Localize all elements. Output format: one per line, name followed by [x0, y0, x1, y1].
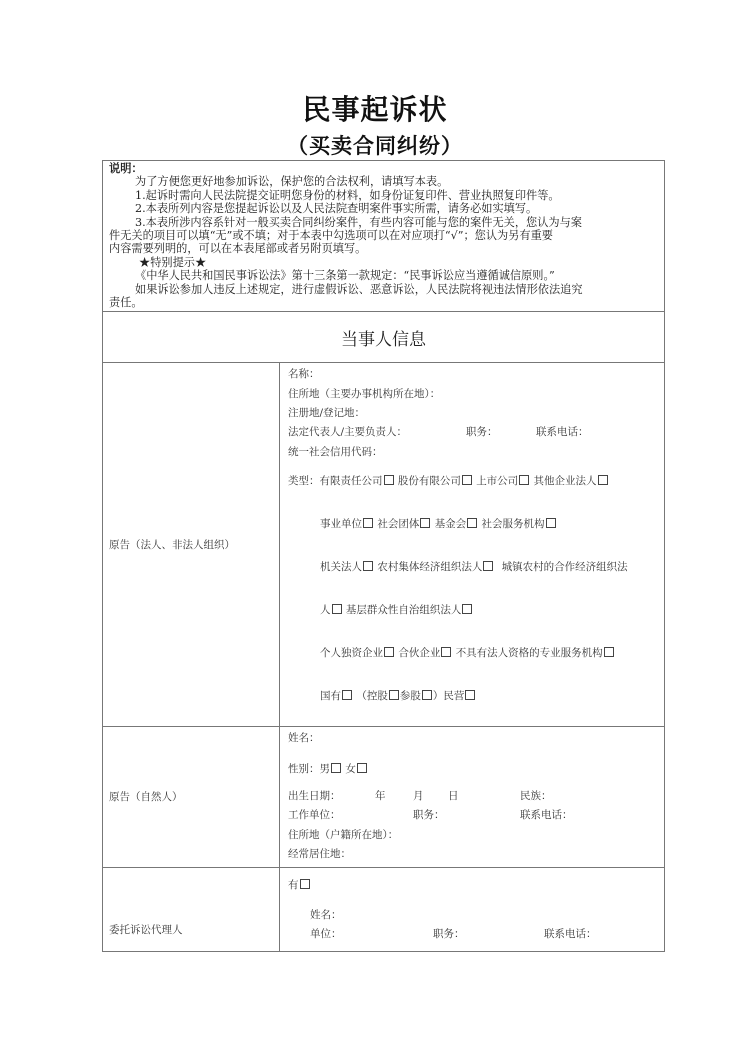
org-type-row-4: 人 基层群众性自治组织法人 [288, 597, 664, 640]
checkbox-listed[interactable] [519, 475, 529, 485]
document-title: 民事起诉状 [0, 88, 750, 128]
checkbox-public-institution[interactable] [363, 518, 373, 528]
document-subtitle: （买卖合同纠纷） [0, 130, 750, 160]
checkbox-professional-service[interactable] [604, 647, 614, 657]
agent-unit-label[interactable]: 单位： [288, 928, 342, 940]
type-partnership: 合伙企业 [398, 647, 440, 659]
checkbox-rural-collective[interactable] [483, 561, 493, 571]
agent-unit-line: 单位： 职务： 联系电话： [288, 925, 664, 944]
notes-item-3-line-3: 内容需要列明的，可以在本表尾部或者另附页填写。 [109, 242, 660, 255]
checkbox-minority[interactable] [422, 690, 432, 700]
notes-cell: 说明： 为了方便您更好地参加诉讼，保护您的合法权利，请填写本表。 1.起诉时需向… [103, 161, 665, 312]
checkbox-cooperative[interactable] [332, 604, 342, 614]
type-foundation: 基金会 [435, 518, 467, 530]
birth-label[interactable]: 出生日期： [288, 790, 341, 802]
legal-rep-line: 法定代表人/主要负责人： 职务： 联系电话： [288, 423, 664, 442]
notes-item-3-line-1: 3.本表所涉内容系针对一般买卖合同纠纷案件，有些内容可能与您的案件无关，您认为与… [109, 216, 660, 229]
type-grassroots-autonomous: 基层群众性自治组织法人 [346, 604, 462, 616]
ownership-private: ）民营 [433, 690, 465, 702]
agent-name-label: 姓名： [310, 909, 342, 921]
plaintiff-natural-label: 原告（自然人） [103, 726, 280, 867]
warning-line-1: 如果诉讼参加人违反上述规定，进行虚假诉讼、恶意诉讼，人民法院将视违法情形依法追究 [109, 283, 660, 296]
plaintiff-legal-row: 原告（法人、非法人组织） 名称： 住所地（主要办事机构所在地）： 注册地/登记地… [103, 363, 665, 726]
credit-code-label: 统一社会信用代码： [288, 446, 383, 458]
legal-rep-position-label[interactable]: 职务： [466, 423, 498, 442]
household-domicile-label: 住所地（户籍所在地）： [288, 829, 398, 841]
type-cooperative-cont: 人 [320, 604, 331, 616]
type-social-group: 社会团体 [377, 518, 419, 530]
birth-line: 出生日期： 年 月 日 民族： [288, 787, 664, 806]
habitual-residence-label: 经常居住地： [288, 848, 351, 860]
org-name-field[interactable]: 名称： [288, 365, 664, 384]
checkbox-grassroots-autonomous[interactable] [462, 604, 472, 614]
type-government-organ: 机关法人 [320, 561, 362, 573]
gender-male-label: 男 [320, 763, 331, 775]
complaint-form-table: 说明： 为了方便您更好地参加诉讼，保护您的合法权利，请填写本表。 1.起诉时需向… [102, 160, 665, 952]
plaintiff-legal-fields: 名称： 住所地（主要办事机构所在地）： 注册地/登记地： 法定代表人/主要负责人… [280, 363, 665, 726]
type-public-institution: 事业单位 [320, 518, 362, 530]
birth-month-label: 月 [413, 787, 424, 806]
notes-item-1: 1.起诉时需向人民法院提交证明您身份的材料，如身份证复印件、营业执照复印件等。 [109, 189, 660, 202]
employer-line: 工作单位： 职务： 联系电话： [288, 806, 664, 825]
checkbox-llc[interactable] [384, 475, 394, 485]
birth-year-label: 年 [375, 787, 386, 806]
checkbox-controlling[interactable] [389, 690, 399, 700]
org-domicile-label: 住所地（主要办事机构所在地）： [288, 388, 440, 400]
person-name-label: 姓名： [288, 732, 320, 744]
type-rural-collective: 农村集体经济组织法人 [377, 561, 482, 573]
agent-name-field[interactable]: 姓名： [288, 906, 664, 925]
type-other-enterprise: 其他企业法人 [534, 475, 597, 487]
agent-phone-label[interactable]: 联系电话： [544, 925, 597, 944]
type-social-service: 社会服务机构 [482, 518, 545, 530]
household-domicile-field[interactable]: 住所地（户籍所在地）： [288, 826, 664, 845]
agent-fields: 有 姓名： 单位： 职务： 联系电话： [280, 867, 665, 951]
notes-header: 说明： [109, 162, 660, 175]
org-type-label: 类型： [288, 475, 320, 487]
ownership-state: 国有 [320, 690, 341, 702]
checkbox-social-service[interactable] [546, 518, 556, 528]
agent-has-label: 有 [288, 879, 299, 891]
checkbox-private[interactable] [465, 690, 475, 700]
org-type-row-1: 类型：有限责任公司 股份有限公司 上市公司 其他企业法人 [288, 468, 664, 511]
employer-label[interactable]: 工作单位： [288, 809, 341, 821]
type-llc: 有限责任公司 [320, 475, 383, 487]
special-notice-header: ★特别提示★ [109, 256, 660, 269]
credit-code-field[interactable]: 统一社会信用代码： [288, 443, 664, 462]
checkbox-agent-has[interactable] [300, 879, 310, 889]
plaintiff-legal-label: 原告（法人、非法人组织） [103, 363, 280, 726]
org-type-row-2: 事业单位 社会团体 基金会 社会服务机构 [288, 511, 664, 554]
checkbox-joint-stock[interactable] [462, 475, 472, 485]
gender-line: 性别：男 女 [288, 753, 664, 785]
checkbox-other-enterprise[interactable] [598, 475, 608, 485]
gender-female-label: 女 [345, 763, 356, 775]
org-type-row-5: 个人独资企业 合伙企业 不具有法人资格的专业服务机构 [288, 640, 664, 683]
habitual-residence-field[interactable]: 经常居住地： [288, 845, 664, 864]
agent-position-label[interactable]: 职务： [433, 925, 465, 944]
type-listed: 上市公司 [476, 475, 518, 487]
checkbox-male[interactable] [331, 763, 341, 773]
plaintiff-natural-row: 原告（自然人） 姓名： 性别：男 女 出生日期： 年 月 日 民族： 工作单位：… [103, 726, 665, 867]
org-type-row-3: 机关法人 农村集体经济组织法人 城镇农村的合作经济组织法 [288, 554, 664, 597]
checkbox-government-organ[interactable] [363, 561, 373, 571]
checkbox-foundation[interactable] [467, 518, 477, 528]
type-joint-stock: 股份有限公司 [398, 475, 461, 487]
type-professional-service: 不具有法人资格的专业服务机构 [456, 647, 603, 659]
person-phone-label[interactable]: 联系电话： [520, 806, 573, 825]
notes-row: 说明： 为了方便您更好地参加诉讼，保护您的合法权利，请填写本表。 1.起诉时需向… [103, 161, 665, 312]
notes-item-3-line-2: 件无关的项目可以填“无”或不填；对于本表中勾选项可以在对应项打“√”；您认为另有… [109, 229, 660, 242]
legal-rep-phone-label[interactable]: 联系电话： [536, 423, 589, 442]
parties-section-title: 当事人信息 [103, 312, 665, 363]
ownership-row: 国有 （控股参股）民营 [288, 683, 664, 726]
checkbox-social-group[interactable] [420, 518, 430, 528]
checkbox-female[interactable] [357, 763, 367, 773]
checkbox-state-owned[interactable] [342, 690, 352, 700]
org-registered-field[interactable]: 注册地/登记地： [288, 404, 664, 423]
ethnicity-label[interactable]: 民族： [520, 787, 552, 806]
type-sole-proprietorship: 个人独资企业 [320, 647, 383, 659]
agent-label: 委托诉讼代理人 [103, 867, 280, 951]
legal-rep-label[interactable]: 法定代表人/主要负责人： [288, 426, 407, 438]
type-cooperative: 城镇农村的合作经济组织法 [502, 561, 628, 573]
plaintiff-natural-fields: 姓名： 性别：男 女 出生日期： 年 月 日 民族： 工作单位： 职务： 联系电… [280, 726, 665, 867]
warning-line-2: 责任。 [109, 296, 660, 309]
notes-intro: 为了方便您更好地参加诉讼，保护您的合法权利，请填写本表。 [109, 175, 660, 188]
checkbox-sole-proprietorship[interactable] [384, 647, 394, 657]
org-registered-label: 注册地/登记地： [288, 407, 365, 419]
ownership-minority: 参股 [400, 690, 421, 702]
person-position-label[interactable]: 职务： [413, 806, 445, 825]
agent-has-line: 有 [288, 876, 664, 906]
birth-day-label: 日 [448, 787, 459, 806]
notes-item-2: 2.本表所列内容是您提起诉讼以及人民法院查明案件事实所需，请务必如实填写。 [109, 202, 660, 215]
law-quote: 《中华人民共和国民事诉讼法》第十三条第一款规定：“民事诉讼应当遵循诚信原则。” [109, 269, 660, 282]
org-name-label: 名称： [288, 368, 320, 380]
checkbox-partnership[interactable] [441, 647, 451, 657]
section-title-row: 当事人信息 [103, 312, 665, 363]
org-domicile-field[interactable]: 住所地（主要办事机构所在地）： [288, 385, 664, 404]
agent-row: 委托诉讼代理人 有 姓名： 单位： 职务： 联系电话： [103, 867, 665, 951]
gender-label: 性别： [288, 763, 320, 775]
person-name-field[interactable]: 姓名： [288, 729, 664, 753]
ownership-controlling: （控股 [356, 690, 388, 702]
